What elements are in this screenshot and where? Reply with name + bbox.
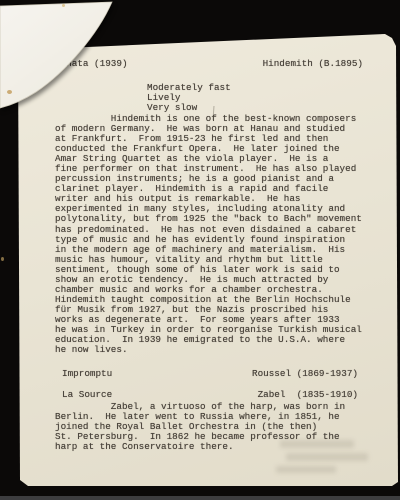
show-through-smudge xyxy=(286,453,368,461)
program-row-impromptu: Impromptu Roussel (1869-1937) xyxy=(18,369,398,380)
paper-stain xyxy=(7,90,12,94)
composer-zabel: Zabel (1835-1910) xyxy=(258,390,358,400)
composer-roussel: Roussel (1869-1937) xyxy=(252,369,358,379)
folded-page-corner xyxy=(0,0,132,118)
paper-stain xyxy=(62,4,65,7)
show-through-smudge xyxy=(276,466,336,473)
piece-title-la-source: La Source xyxy=(62,390,112,400)
program-row-la-source: La Source Zabel (1835-1910) xyxy=(18,390,398,401)
piece-title-impromptu: Impromptu xyxy=(62,369,112,379)
tempo-markings: Moderately fast Lively Very slow xyxy=(147,83,231,113)
photo-of-typed-program-page: Sonata (1939) Hindemith (B.1895) Moderat… xyxy=(0,0,400,500)
composer-name: Hindemith (B.1895) xyxy=(263,59,363,69)
paper-stain xyxy=(1,257,4,261)
show-through-smudge xyxy=(280,440,354,448)
photo-edge xyxy=(0,496,400,500)
program-note-hindemith: Hindemith is one of the best-known compo… xyxy=(55,114,362,355)
